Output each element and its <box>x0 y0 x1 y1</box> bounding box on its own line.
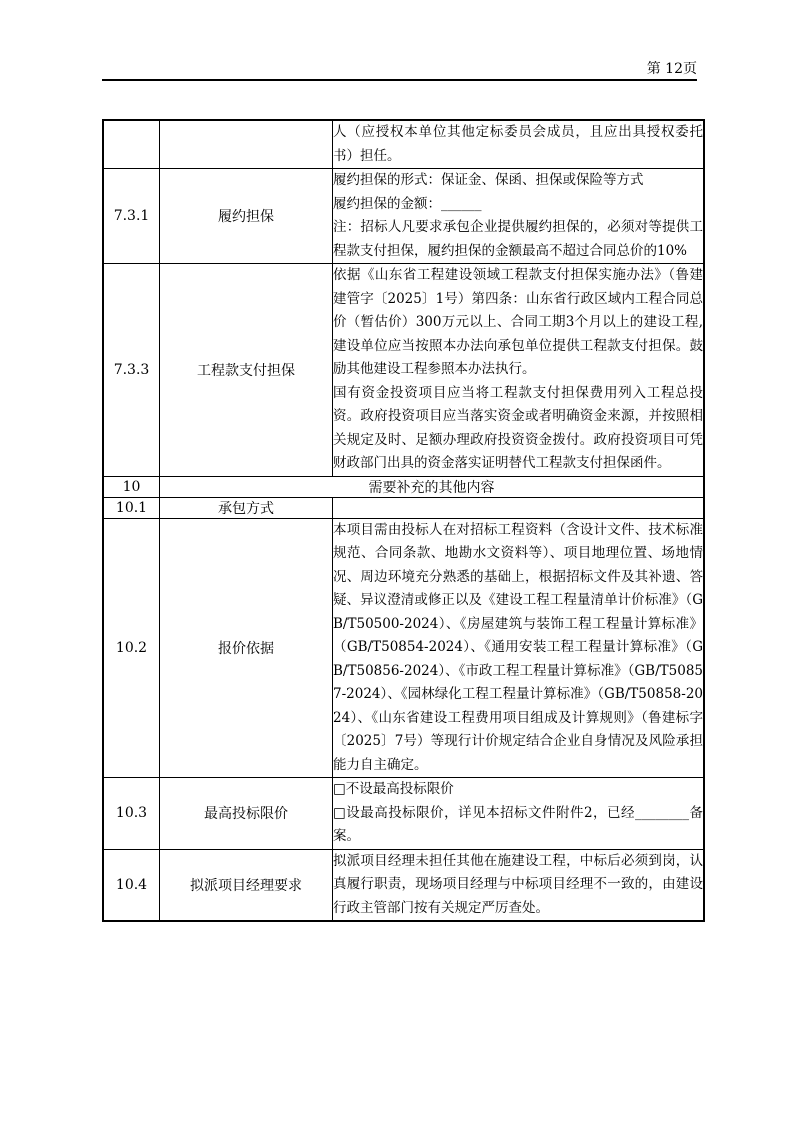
row-number-cell <box>103 120 160 169</box>
row-content-cell: 拟派项目经理未担任其他在施建设工程，中标后必须到岗，认真履行职责，现场项目经理与… <box>333 849 705 921</box>
row-content-cell <box>333 497 705 518</box>
row-content-cell: 履约担保的形式：保证金、保函、担保或保险等方式履约担保的金额：______注：招… <box>333 169 705 264</box>
table-row: 10.4 拟派项目经理要求 拟派项目经理未担任其他在施建设工程，中标后必须到岗，… <box>103 849 704 921</box>
row-label-cell: 拟派项目经理要求 <box>160 849 333 921</box>
table-row: 10.3 最高投标限价 □不设最高投标限价□设最高投标限价，详见本招标文件附件2… <box>103 778 704 850</box>
table-row: 7.3.3 工程款支付担保 依据《山东省工程建设领域工程款支付担保实施办法》（鲁… <box>103 264 704 477</box>
row-label-cell <box>160 120 333 169</box>
table-row: 10.2 报价依据 本项目需由投标人在对招标工程资料（含设计文件、技术标准规范、… <box>103 518 704 778</box>
content-paragraph: 履约担保的形式：保证金、保函、担保或保险等方式 <box>333 169 703 193</box>
row-label-cell: 承包方式 <box>160 497 333 518</box>
row-content-cell: 依据《山东省工程建设领域工程款支付担保实施办法》（鲁建建管字〔2025〕1号）第… <box>333 264 705 477</box>
row-label-cell: 工程款支付担保 <box>160 264 333 477</box>
conditions-table-wrap: 人（应授权本单位其他定标委员会成员，且应出具授权委托书）担任。 7.3.1 履约… <box>102 119 705 922</box>
content-paragraph: 拟派项目经理未担任其他在施建设工程，中标后必须到岗，认真履行职责，现场项目经理与… <box>333 850 703 921</box>
row-number-cell: 7.3.1 <box>103 169 160 264</box>
row-label-cell: 履约担保 <box>160 169 333 264</box>
row-label-cell: 最高投标限价 <box>160 778 333 850</box>
content-paragraph: 人（应授权本单位其他定标委员会成员，且应出具授权委托书）担任。 <box>333 121 703 168</box>
row-number-cell: 10.1 <box>103 497 160 518</box>
conditions-table: 人（应授权本单位其他定标委员会成员，且应出具授权委托书）担任。 7.3.1 履约… <box>102 119 705 922</box>
row-number-cell: 10 <box>103 476 160 497</box>
document-page: 第 12页 人（应授权本单位其他定标委员会成员，且应出具授权委托书）担任。 7.… <box>0 0 793 1122</box>
header-rule <box>102 79 697 81</box>
row-number-cell: 10.4 <box>103 849 160 921</box>
row-content-cell: □不设最高投标限价□设最高投标限价，详见本招标文件附件2，已经________备… <box>333 778 705 850</box>
page-number: 第 12页 <box>647 61 697 77</box>
table-row: 10 需要补充的其他内容 <box>103 476 704 497</box>
content-paragraph: 履约担保的金额：______ <box>333 193 703 217</box>
content-paragraph: 本项目需由投标人在对招标工程资料（含设计文件、技术标准规范、合同条款、地勘水文资… <box>333 519 703 778</box>
content-paragraph: □不设最高投标限价 <box>333 778 703 802</box>
content-paragraph: 国有资金投资项目应当将工程款支付担保费用列入工程总投资。政府投资项目应当落实资金… <box>333 382 703 476</box>
row-content-cell: 人（应授权本单位其他定标委员会成员，且应出具授权委托书）担任。 <box>333 120 705 169</box>
content-paragraph: 注：招标人凡要求承包企业提供履约担保的，必须对等提供工程款支付担保，履约担保的金… <box>333 216 703 263</box>
row-label-cell: 报价依据 <box>160 518 333 778</box>
table-row: 7.3.1 履约担保 履约担保的形式：保证金、保函、担保或保险等方式履约担保的金… <box>103 169 704 264</box>
row-number-cell: 10.3 <box>103 778 160 850</box>
row-content-cell: 本项目需由投标人在对招标工程资料（含设计文件、技术标准规范、合同条款、地勘水文资… <box>333 518 705 778</box>
content-paragraph: □设最高投标限价，详见本招标文件附件2，已经________备案。 <box>333 802 703 849</box>
table-row: 人（应授权本单位其他定标委员会成员，且应出具授权委托书）担任。 <box>103 120 704 169</box>
row-merged-cell: 需要补充的其他内容 <box>160 476 705 497</box>
row-number-cell: 10.2 <box>103 518 160 778</box>
content-paragraph: 依据《山东省工程建设领域工程款支付担保实施办法》（鲁建建管字〔2025〕1号）第… <box>333 264 703 382</box>
page-header: 第 12页 <box>102 60 697 78</box>
table-row: 10.1 承包方式 <box>103 497 704 518</box>
row-number-cell: 7.3.3 <box>103 264 160 477</box>
